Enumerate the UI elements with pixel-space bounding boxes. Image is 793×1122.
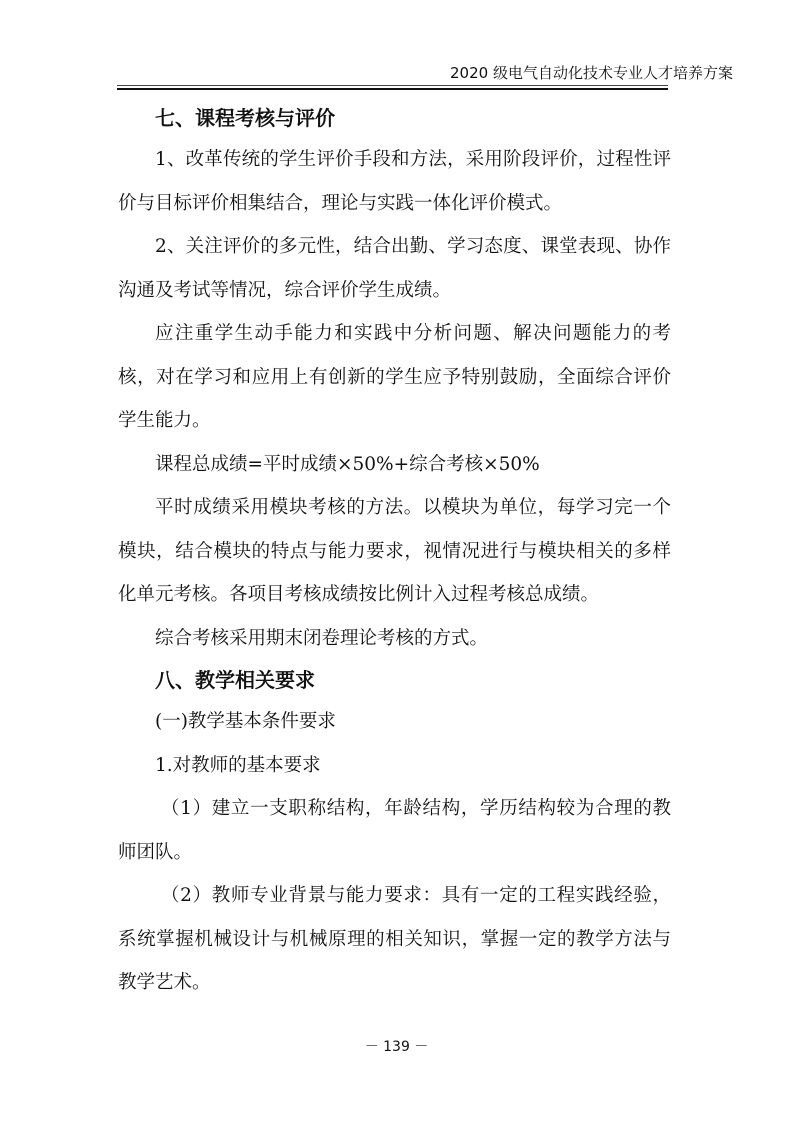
section-heading-8: 八、教学相关要求 (155, 660, 671, 700)
paragraph-module-assessment: 平时成绩采用模块考核的方法。以模块为单位，每学习完一个模块，结合模块的特点与能力… (118, 486, 671, 617)
paragraph-practical-ability: 应注重学生动手能力和实践中分析问题、解决问题能力的考核，对在学习和应用上有创新的… (118, 312, 671, 443)
paragraph-teacher-background: （2）教师专业背景与能力要求：具有一定的工程实践经验，系统掌握机械设计与机械原理… (118, 874, 671, 1005)
page-number: － 139 － (0, 1036, 793, 1056)
document-header-title: 2020 级电气自动化技术专业人才培养方案 (450, 62, 733, 83)
paragraph-final-exam: 综合考核采用期末闭卷理论考核的方式。 (118, 617, 671, 661)
paragraph-teacher-structure: （1）建立一支职称结构，年龄结构，学历结构较为合理的教师团队。 (118, 787, 671, 874)
section-heading-7: 七、课程考核与评价 (155, 98, 671, 138)
paragraph-grade-formula: 课程总成绩=平时成绩×50%+综合考核×50% (118, 443, 671, 487)
paragraph-reform-evaluation: 1、改革传统的学生评价手段和方法，采用阶段评价，过程性评价与目标评价相集结合，理… (118, 138, 671, 225)
paragraph-diverse-evaluation: 2、关注评价的多元性，结合出勤、学习态度、课堂表现、协作沟通及考试等情况，综合评… (118, 225, 671, 312)
page-body: 七、课程考核与评价 1、改革传统的学生评价手段和方法，采用阶段评价，过程性评价与… (118, 98, 671, 1005)
header-double-rule (117, 85, 668, 90)
subheading-teacher-requirements: 1.对教师的基本要求 (118, 744, 671, 788)
subheading-basic-conditions: (一)教学基本条件要求 (118, 700, 671, 744)
